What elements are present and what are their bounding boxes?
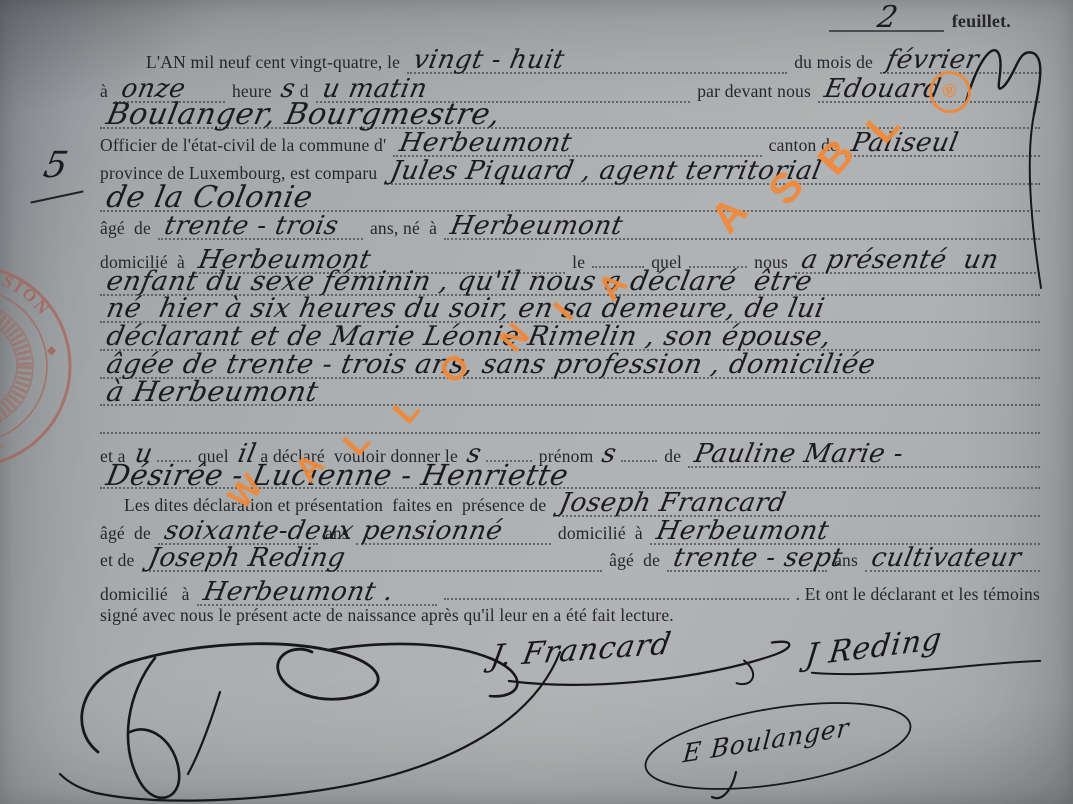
- handwritten-text: pensionné: [360, 519, 504, 543]
- ruled-entry: Joseph Reding: [142, 546, 603, 572]
- revenue-stamp: DIMENSION ZEGEL ◆: [0, 246, 90, 486]
- ruled-blank: [621, 436, 657, 462]
- ruled-entry: Joseph Francard: [553, 491, 1040, 517]
- ruled-entry: Herbeumont: [393, 131, 761, 157]
- ruled-entry: vingt - huit: [407, 48, 787, 74]
- printed-text: . Et ont le déclarant et les témoins: [796, 581, 1040, 609]
- ruled-entry: Jules Piquard , agent territorial: [384, 159, 1040, 185]
- printed-text: L'AN mil neuf cent vingt-quatre, le: [146, 49, 400, 77]
- handwritten-text: Joseph Reding: [146, 546, 347, 570]
- document-body: L'AN mil neuf cent vingt-quatre, levingt…: [100, 48, 1040, 629]
- ruled-blank: [592, 242, 644, 268]
- handwritten-text: déclarant et de Marie Léonie Rimelin , s…: [105, 325, 834, 349]
- ruled-entry: Herbeumont: [650, 519, 1040, 545]
- printed-text: à: [100, 78, 108, 106]
- ruled-entry: 2: [829, 6, 944, 32]
- form-line: L'AN mil neuf cent vingt-quatre, levingt…: [100, 48, 1040, 76]
- form-line: Boulanger, Bourgmestre,: [100, 103, 1040, 131]
- handwritten-text: vingt - huit: [412, 48, 567, 72]
- printed-text: Officier de l'état-civil de la commune d…: [100, 132, 386, 160]
- handwritten-text: à Herbeumont: [105, 380, 321, 404]
- printed-text: et de: [100, 547, 135, 575]
- signature-francard: J. Francard: [490, 617, 814, 710]
- printed-text: domicilié à: [558, 520, 643, 548]
- handwritten-text: Boulanger, Bourgmestre,: [105, 103, 503, 127]
- ruled-entry: de la Colonie: [100, 186, 1040, 212]
- printed-text: par devant nous: [697, 78, 811, 106]
- stamp-arc-top-text: DIMENSION: [0, 264, 54, 321]
- ruled-entry: pensionné: [356, 519, 551, 545]
- handwritten-text: Paliseul: [850, 131, 961, 155]
- ruled-blank: [689, 242, 747, 268]
- ruled-blank: [100, 408, 1040, 434]
- handwritten-text: de la Colonie: [105, 186, 315, 210]
- printed-text: ans, né à: [370, 215, 437, 243]
- ruled-blank: [444, 574, 789, 600]
- form-line: Officier de l'état-civil de la commune d…: [100, 131, 1040, 159]
- handwritten-text: trente - sept: [672, 546, 845, 570]
- ruled-entry: trente - sept: [667, 546, 827, 572]
- ruled-entry: Herbeumont .: [197, 580, 437, 606]
- handwritten-text: Edouard: [823, 77, 944, 101]
- form-line: âgé detrente - troisans, né àHerbeumont: [100, 214, 1040, 242]
- ruled-entry: déclarant et de Marie Léonie Rimelin , s…: [100, 325, 1040, 351]
- handwritten-text: 5: [41, 152, 70, 180]
- handwritten-text: Pauline Marie -: [693, 442, 906, 466]
- handwritten-text: âgée de trente - trois ans, sans profess…: [105, 353, 878, 377]
- handwritten-text: 2: [876, 6, 900, 30]
- printed-text: âgé de: [609, 547, 660, 575]
- handwritten-text: cultivateur: [870, 546, 1024, 570]
- printed-text: âgé de: [100, 520, 151, 548]
- handwritten-text: Jules Piquard , agent territorial: [389, 159, 824, 183]
- handwritten-text: Herbeumont: [398, 131, 574, 155]
- form-line: Désirée - Lucienne - Henriette: [100, 463, 1040, 491]
- form-line: [100, 408, 1040, 436]
- form-line: domicilié àHerbeumont .. Et ont le décla…: [100, 574, 1040, 602]
- margin-ink-annotation: [952, 28, 1062, 298]
- ruled-entry: Boulanger, Bourgmestre,: [100, 103, 1040, 129]
- handwritten-text: Joseph Francard: [558, 491, 788, 515]
- ruled-entry: à Herbeumont: [100, 380, 1040, 406]
- ruled-entry: Herbeumont: [444, 214, 1040, 240]
- form-line: et deJoseph Redingâgé detrente - septans…: [100, 546, 1040, 574]
- handwritten-text: trente - trois: [162, 214, 340, 238]
- printed-text: âgé de: [100, 215, 151, 243]
- form-line: de la Colonie: [100, 186, 1040, 214]
- handwritten-text: Désirée - Lucienne - Henriette: [105, 463, 571, 487]
- handwritten-text: Herbeumont .: [201, 580, 395, 604]
- handwritten-text: Herbeumont: [449, 214, 625, 238]
- ruled-entry: Désirée - Lucienne - Henriette: [100, 463, 1040, 489]
- ruled-entry: soixante-deux: [158, 519, 318, 545]
- margin-act-number: 5: [42, 152, 65, 182]
- form-line: Les dites déclaration et présentation fa…: [100, 491, 1040, 519]
- stamp-ornament: ◆: [47, 343, 57, 357]
- handwritten-text: Herbeumont: [654, 519, 830, 543]
- handwritten-text: né hier à six heures du soir, en sa deme…: [105, 297, 827, 321]
- scanned-birth-record: DIMENSION ZEGEL ◆ 5 2 feuillet. L'AN mil…: [0, 0, 1073, 804]
- handwritten-text: enfant du sexe féminin , qu'il nous a dé…: [105, 270, 815, 294]
- ruled-entry: trente - trois: [158, 214, 363, 240]
- ruled-entry: cultivateur: [865, 546, 1040, 572]
- ruled-entry: né hier à six heures du soir, en sa deme…: [100, 297, 1040, 323]
- form-line: à Herbeumont: [100, 380, 1040, 408]
- printed-text: du mois de: [794, 49, 873, 77]
- ruled-entry: enfant du sexe féminin , qu'il nous a dé…: [100, 270, 1040, 296]
- handwritten-text: soixante-deux: [162, 519, 355, 543]
